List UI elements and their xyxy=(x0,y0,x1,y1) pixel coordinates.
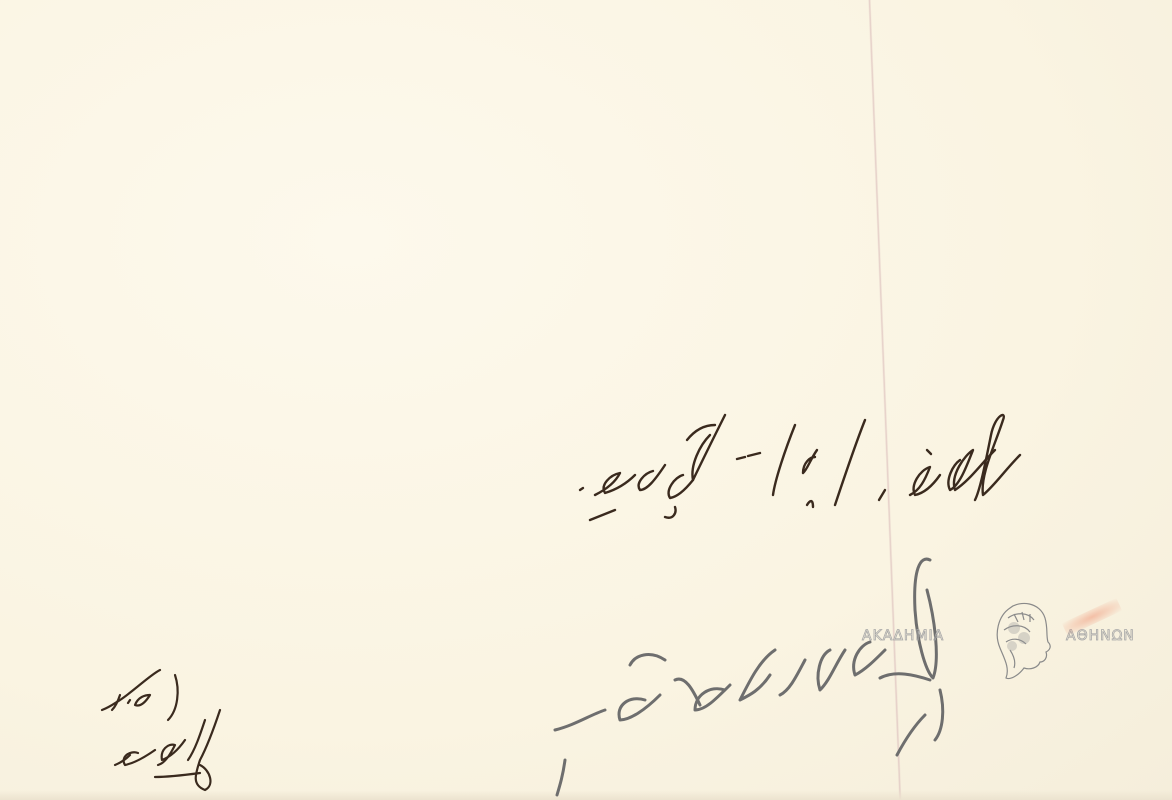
athena-head-icon xyxy=(990,598,1054,682)
handwriting-signature: [illegible Greek handwriting, ink] xyxy=(90,665,250,800)
watermark-left-text: ΑΚΑΔΗΜΙΑ xyxy=(862,628,944,644)
handwriting-ink-line: [illegible Greek handwriting, ink] xyxy=(555,395,1045,520)
